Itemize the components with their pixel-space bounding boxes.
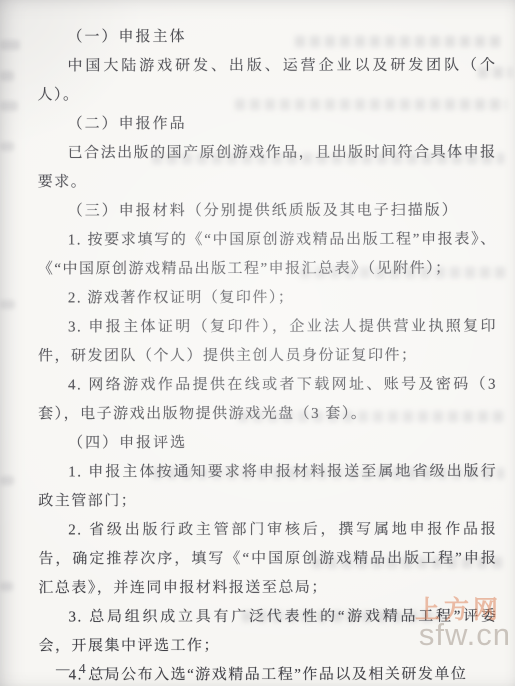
paragraph: 2. 游戏著作权证明（复印件）； [38, 284, 497, 314]
paragraph: 中国大陆游戏研发、出版、运营企业以及研发团队（个人）。 [37, 52, 496, 111]
bleedthrough-mark [0, 71, 14, 81]
section-heading: （一）申报主体 [37, 23, 496, 53]
bleedthrough-mark [0, 582, 13, 591]
section-heading: （三）申报材料（分别提供纸质版及其电子扫描版） [38, 197, 497, 227]
document-text: （一）申报主体 中国大陆游戏研发、出版、运营企业以及研发团队（个人）。 （二）申… [37, 23, 497, 686]
paragraph: 4. 网络游戏作品提供在线或者下载网址、账号及密码（3套），电子游戏出版物提供游… [38, 371, 497, 430]
paragraph: 3. 总局组织成立具有广泛代表性的“游戏精品工程”评委会，开展集中评选工作； [38, 603, 497, 662]
bleedthrough-mark [0, 101, 18, 111]
paragraph: 已合法出版的国产原创游戏作品，且出版时间符合具体申报要求。 [38, 139, 497, 198]
scanned-document-page: （一）申报主体 中国大陆游戏研发、出版、运营企业以及研发团队（个人）。 （二）申… [0, 0, 515, 686]
section-heading: （二）申报作品 [38, 110, 497, 140]
page-number: — 4 — [56, 661, 112, 677]
bleedthrough-mark [0, 476, 14, 485]
paragraph: 1. 按要求填写的《“中国原创游戏精品出版工程”申报表》、《“中国原创游戏精品出… [38, 226, 497, 285]
paragraph: 2. 省级出版行政主管部门审核后，撰写属地申报作品报告，确定推荐次序，填写《“中… [38, 516, 497, 604]
paragraph: 1. 申报主体按通知要求将申报材料报送至属地省级出版行政主管部门； [38, 458, 497, 517]
bleedthrough-mark [0, 142, 14, 151]
section-heading: （四）申报评选 [38, 429, 497, 459]
bleedthrough-mark [0, 300, 15, 309]
paragraph: 3. 申报主体证明（复印件），企业法人提供营业执照复印件，研发团队（个人）提供主… [38, 313, 497, 372]
bleedthrough-mark [0, 40, 20, 50]
